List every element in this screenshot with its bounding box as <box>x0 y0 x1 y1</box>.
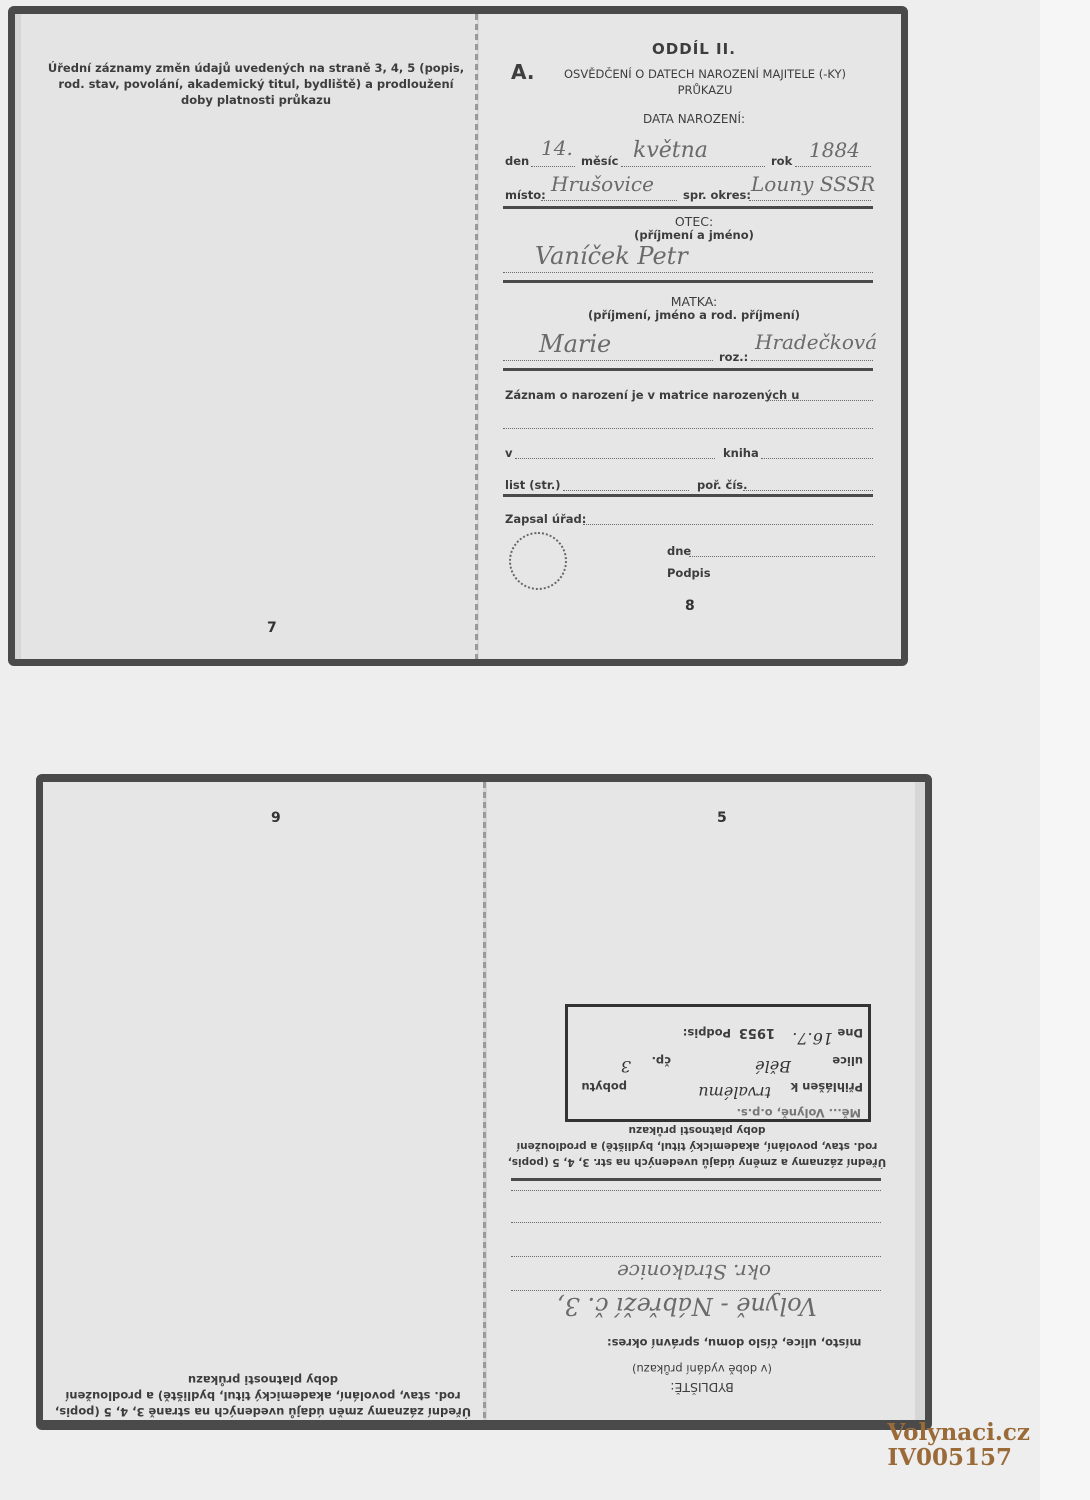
otec-field[interactable] <box>503 272 873 273</box>
section-title: ODDÍL II. <box>479 40 909 58</box>
zapsal-label: Zapsal úřad: <box>505 512 586 526</box>
rok-label: rok <box>771 154 792 168</box>
page-number: 9 <box>271 810 281 826</box>
misto-label: místo: <box>505 188 546 202</box>
den-label: den <box>505 154 529 168</box>
stamp-dne-value: 16.7. <box>792 1029 833 1048</box>
watermark-id: IV005157 <box>887 1445 1030 1470</box>
divider <box>511 1178 881 1181</box>
top-booklet-spread: Úřední záznamy změn údajů uvedených na s… <box>8 6 908 666</box>
stamp-dne-label: Dne <box>837 1026 863 1040</box>
stamp-header: Mě... Volyně, o.p.s. <box>737 1106 861 1120</box>
page-5: 5 Mě... Volyně, o.p.s. Přihlášen k trval… <box>487 782 915 1420</box>
book-fold <box>483 782 486 1420</box>
watermark-site: Volynaci.cz <box>887 1420 1030 1445</box>
registration-stamp: Mě... Volyně, o.p.s. Přihlášen k trvalém… <box>565 1002 871 1122</box>
page-number: 8 <box>685 598 695 614</box>
roz-field[interactable] <box>751 360 873 361</box>
stamp-pobytu-label: pobytu <box>581 1080 627 1094</box>
mesic-label: měsíc <box>581 154 618 168</box>
stamp-cp-value: 3 <box>621 1057 631 1076</box>
v-label: v <box>505 446 513 460</box>
rok-value: 1884 <box>809 138 860 162</box>
birth-data-label: DATA NAROZENÍ: <box>479 112 909 126</box>
stamp-frame <box>565 1004 871 1122</box>
v-field[interactable] <box>515 458 715 459</box>
bydliste-sub: (v době vydání průkazu) <box>487 1362 917 1376</box>
list-label: list (str.) <box>505 478 560 492</box>
misto-value: Hrušovice <box>551 172 654 196</box>
entry-line[interactable] <box>511 1190 881 1191</box>
mesic-field[interactable] <box>621 166 765 167</box>
divider <box>503 368 873 371</box>
okres-field[interactable] <box>749 200 871 201</box>
address-line-1: Volyně - Nábřeží č. 3, <box>557 1292 817 1320</box>
okres-value: Louny SSSR <box>751 172 875 196</box>
entry-line[interactable] <box>511 1256 881 1257</box>
podpis-label: Podpis <box>667 566 711 580</box>
por-label: poř. čís. <box>697 478 748 492</box>
page-5-heading: Úřední záznamy a změny údajů uvedených n… <box>507 1122 887 1170</box>
zapsal-field[interactable] <box>583 524 873 525</box>
section-letter: A. <box>511 60 534 84</box>
roz-value: Hradečková <box>755 330 877 354</box>
page-8: ODDÍL II. A. OSVĚDČENÍ O DATECH NAROZENÍ… <box>479 14 901 659</box>
stamp-year: 1953 <box>739 1025 775 1040</box>
stamp-ulice-label: ulice <box>832 1054 863 1068</box>
zaznam-field[interactable] <box>765 400 873 401</box>
entry-line[interactable] <box>511 1222 881 1223</box>
address-fields-label: místo, ulice, číslo domu, správní okres: <box>607 1336 861 1350</box>
bydliste-label: BYDLIŠTĚ: <box>487 1380 917 1395</box>
book-fold <box>475 14 478 659</box>
entry-line[interactable] <box>511 1290 881 1291</box>
den-field[interactable] <box>531 166 575 167</box>
otec-value: Vaníček Petr <box>535 242 688 270</box>
certificate-title: OSVĚDČENÍ O DATECH NAROZENÍ MAJITELE (-K… <box>535 66 875 98</box>
stamp-placeholder <box>509 532 567 590</box>
stamp-cp-label: čp. <box>652 1054 671 1068</box>
page-number: 7 <box>267 620 277 636</box>
watermark: Volynaci.cz IV005157 <box>887 1420 1030 1470</box>
matka-field[interactable] <box>503 360 713 361</box>
dne-field[interactable] <box>689 556 875 557</box>
matka-sub: (příjmení, jméno a rod. příjmení) <box>479 308 909 322</box>
stamp-ulice-value: Bělé <box>755 1057 791 1076</box>
kniha-field[interactable] <box>761 458 873 459</box>
page-9: 9 Úřední záznamy změn údajů uvedených na… <box>43 782 483 1420</box>
zaznam-field-2[interactable] <box>503 428 873 429</box>
dne-label: dne <box>667 544 691 558</box>
list-field[interactable] <box>563 490 689 491</box>
page-number: 5 <box>717 810 727 826</box>
stamp-prihlasen-label: Přihlášen k <box>791 1080 863 1094</box>
scan-margin <box>1040 0 1090 1500</box>
mesic-value: května <box>633 138 708 163</box>
page-7: Úřední záznamy změn údajů uvedených na s… <box>21 14 477 659</box>
otec-label: OTEC: <box>479 214 909 229</box>
okres-label: spr. okres: <box>683 188 751 202</box>
otec-sub: (příjmení a jméno) <box>479 228 909 242</box>
stamp-prihlasen-value: trvalému <box>698 1083 771 1102</box>
divider <box>503 280 873 283</box>
stamp-podpis-label: Podpis: <box>683 1026 731 1040</box>
misto-field[interactable] <box>541 200 677 201</box>
page-9-heading: Úřední záznamy změn údajů uvedených na s… <box>53 1372 473 1420</box>
rok-field[interactable] <box>795 166 871 167</box>
den-value: 14. <box>541 136 573 160</box>
zaznam-label: Záznam o narození je v matrice narozenýc… <box>505 388 799 402</box>
divider <box>503 494 873 497</box>
kniha-label: kniha <box>723 446 759 460</box>
divider <box>503 206 873 209</box>
address-line-2: okr. Strakonice <box>617 1260 771 1284</box>
matka-value: Marie <box>539 330 611 358</box>
page-7-heading: Úřední záznamy změn údajů uvedených na s… <box>41 60 471 108</box>
roz-label: roz.: <box>719 350 748 364</box>
por-field[interactable] <box>743 490 873 491</box>
matka-label: MATKA: <box>479 294 909 309</box>
bottom-booklet-spread: 9 Úřední záznamy změn údajů uvedených na… <box>36 774 932 1430</box>
